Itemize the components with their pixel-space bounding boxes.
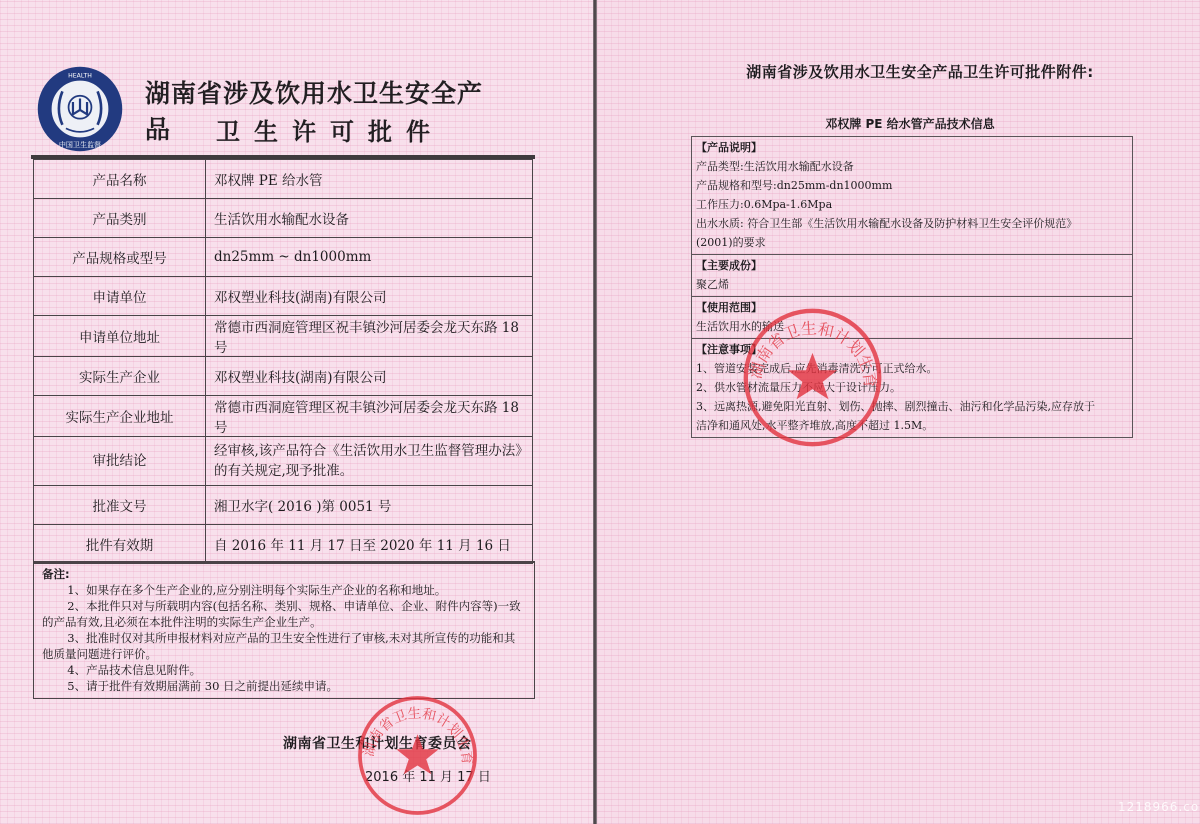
table-row: 审批结论经审核,该产品符合《生活饮用水卫生监督管理办法》的有关规定,现予批准。 xyxy=(34,437,533,486)
field-label: 产品类别 xyxy=(34,199,206,238)
issuing-authority: 湖南省卫生和计划生育委员会 xyxy=(283,733,472,753)
health-inspection-emblem-icon: HEALTH 中国卫生监督 xyxy=(36,65,124,153)
field-label: 批准文号 xyxy=(34,486,206,525)
field-label: 申请单位地址 xyxy=(34,316,206,357)
info-section: 【产品说明】产品类型:生活饮用水输配水设备产品规格和型号:dn25mm-dn10… xyxy=(692,137,1132,255)
section-line: 1、管道安装完成后,应先消毒清洗方可正式给水。 xyxy=(696,359,1128,378)
field-value: 自 2016 年 11 月 17 日至 2020 年 11 月 16 日 xyxy=(206,525,533,564)
note-item: 2、本批件只对与所载明内容(包括名称、类别、规格、申请单位、企业、附件内容等)一… xyxy=(42,598,526,630)
field-value: 邓权塑业科技(湖南)有限公司 xyxy=(206,357,533,396)
field-label: 申请单位 xyxy=(34,277,206,316)
field-value: dn25mm ~ dn1000mm xyxy=(206,238,533,277)
table-row: 产品名称邓权牌 PE 给水管 xyxy=(34,160,533,199)
section-line: 3、远离热源,避免阳光直射、划伤、抛摔、剧烈撞击、油污和化学品污染,应存放于 xyxy=(696,397,1128,416)
issue-date: 2016 年 11 月 17 日 xyxy=(365,766,491,785)
table-row: 产品类别生活饮用水输配水设备 xyxy=(34,199,533,238)
table-row: 实际生产企业邓权塑业科技(湖南)有限公司 xyxy=(34,357,533,396)
field-value: 经审核,该产品符合《生活饮用水卫生监督管理办法》的有关规定,现予批准。 xyxy=(206,437,533,486)
field-value: 生活饮用水输配水设备 xyxy=(206,199,533,238)
svg-text:HEALTH: HEALTH xyxy=(68,72,92,79)
field-value: 湘卫水字( 2016 )第 0051 号 xyxy=(206,486,533,525)
field-value: 常德市西洞庭管理区祝丰镇沙河居委会龙天东路 18 号 xyxy=(206,316,533,357)
watermark-text: 1218966.com xyxy=(1118,800,1200,814)
notes-title: 备注: xyxy=(42,566,526,582)
attachment-subtitle: 邓权牌 PE 给水管产品技术信息 xyxy=(700,115,1120,132)
section-line: 洁净和通风处,水平整齐堆放,高度不超过 1.5M。 xyxy=(696,416,1128,435)
section-line: 聚乙烯 xyxy=(696,275,1128,294)
field-label: 实际生产企业 xyxy=(34,357,206,396)
field-label: 审批结论 xyxy=(34,437,206,486)
section-heading: 【使用范围】 xyxy=(696,299,1128,317)
section-line: 2、供水管材流量压力不应大于设计压力。 xyxy=(696,378,1128,397)
field-value: 邓权牌 PE 给水管 xyxy=(206,160,533,199)
section-line: (2001)的要求 xyxy=(696,233,1128,252)
note-item: 1、如果存在多个生产企业的,应分别注明每个实际生产企业的名称和地址。 xyxy=(42,582,526,598)
field-label: 批件有效期 xyxy=(34,525,206,564)
attachment-title: 湖南省涉及饮用水卫生安全产品卫生许可批件附件: xyxy=(700,61,1140,82)
permit-page: HEALTH 中国卫生监督 湖南省涉及饮用水卫生安全产品 卫生许可批件 产品名称… xyxy=(0,0,593,824)
table-row: 产品规格或型号dn25mm ~ dn1000mm xyxy=(34,238,533,277)
field-label: 产品名称 xyxy=(34,160,206,199)
info-section: 【主要成份】聚乙烯 xyxy=(692,255,1132,297)
table-row: 申请单位邓权塑业科技(湖南)有限公司 xyxy=(34,277,533,316)
note-item: 3、批准时仅对其所申报材料对应产品的卫生安全性进行了审核,未对其所宣传的功能和其… xyxy=(42,630,526,662)
field-value: 常德市西洞庭管理区祝丰镇沙河居委会龙天东路 18 号 xyxy=(206,396,533,437)
info-section: 【注意事项】1、管道安装完成后,应先消毒清洗方可正式给水。2、供水管材流量压力不… xyxy=(692,339,1132,437)
field-value: 邓权塑业科技(湖南)有限公司 xyxy=(206,277,533,316)
section-heading: 【注意事项】 xyxy=(696,341,1128,359)
field-label: 产品规格或型号 xyxy=(34,238,206,277)
note-item: 5、请于批件有效期届满前 30 日之前提出延续申请。 xyxy=(42,678,526,694)
table-row: 批件有效期自 2016 年 11 月 17 日至 2020 年 11 月 16 … xyxy=(34,525,533,564)
section-heading: 【主要成份】 xyxy=(696,257,1128,275)
permit-table: 产品名称邓权牌 PE 给水管产品类别生活饮用水输配水设备产品规格或型号dn25m… xyxy=(33,159,533,564)
section-heading: 【产品说明】 xyxy=(696,139,1128,157)
svg-text:中国卫生监督: 中国卫生监督 xyxy=(59,140,101,149)
permit-subtitle: 卫生许可批件 xyxy=(210,112,450,147)
section-line: 产品类型:生活饮用水输配水设备 xyxy=(696,157,1128,176)
table-row: 申请单位地址常德市西洞庭管理区祝丰镇沙河居委会龙天东路 18 号 xyxy=(34,316,533,357)
section-line: 生活饮用水的输送 xyxy=(696,317,1128,336)
section-line: 出水水质: 符合卫生部《生活饮用水输配水设备及防护材料卫生安全评价规范》 xyxy=(696,214,1128,233)
note-item: 4、产品技术信息见附件。 xyxy=(42,662,526,678)
notes-box: 备注: 1、如果存在多个生产企业的,应分别注明每个实际生产企业的名称和地址。2、… xyxy=(33,561,535,699)
field-label: 实际生产企业地址 xyxy=(34,396,206,437)
table-row: 批准文号湘卫水字( 2016 )第 0051 号 xyxy=(34,486,533,525)
table-row: 实际生产企业地址常德市西洞庭管理区祝丰镇沙河居委会龙天东路 18 号 xyxy=(34,396,533,437)
section-line: 产品规格和型号:dn25mm-dn1000mm xyxy=(696,176,1128,195)
section-line: 工作压力:0.6Mpa-1.6Mpa xyxy=(696,195,1128,214)
technical-info-box: 【产品说明】产品类型:生活饮用水输配水设备产品规格和型号:dn25mm-dn10… xyxy=(691,136,1133,438)
info-section: 【使用范围】生活饮用水的输送 xyxy=(692,297,1132,339)
